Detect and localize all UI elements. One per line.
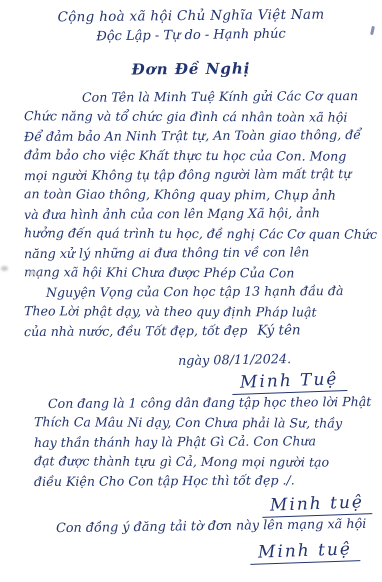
- paper-smudge: [1, 266, 8, 271]
- sign-here-label: Ký tên: [257, 321, 300, 341]
- signature-third: Minh tuệ: [250, 539, 361, 565]
- body-line: an toàn Giao thông, Không quay phim, Chụ…: [24, 184, 372, 205]
- letter-title: Đơn Đề Nghị: [0, 58, 382, 79]
- signature-first: Minh Tuệ: [232, 369, 347, 395]
- body-line-text: của nhà nước, đều Tốt đẹp, tốt đẹp: [24, 323, 247, 339]
- letter-postscript: Con đang là 1 công dân đang tập học theo…: [34, 393, 374, 491]
- body-line: năng xử lý những ai đưa thông tin về con…: [24, 242, 372, 264]
- body-line: đảm bảo cho việc Khất thực tu học của Co…: [24, 145, 372, 166]
- postscript-line: Thích Ca Mâu Ni dạy, Con Chưa phải là Sư…: [34, 412, 374, 433]
- body-line: của nhà nước, đều Tốt đẹp, tốt đẹpKý tên: [24, 320, 372, 343]
- consent-line: Con đồng ý đăng tải tờ đơn này lên mạng …: [56, 517, 367, 536]
- body-line: Theo Lời phật dạy, và theo quy định Pháp…: [24, 301, 372, 322]
- letter-body: Con Tên là Minh Tuệ Kính gửi Các Cơ quan…: [24, 87, 372, 342]
- body-line: Con Tên là Minh Tuệ Kính gửi Các Cơ quan: [24, 86, 372, 108]
- motto-line-2: Độc Lập - Tự do - Hạnh phúc: [0, 25, 382, 45]
- postscript-line: đạt được thành tựu gì Cả, Mong mọi người…: [34, 451, 374, 472]
- body-line: mọi người Không tụ tập đông người làm mấ…: [24, 164, 372, 186]
- body-line: mạng xã hội Khi Chưa được Phép Của Con: [24, 262, 372, 283]
- handwritten-letter-page: Cộng hoà xã hội Chủ Nghĩa Việt Nam Độc L…: [0, 0, 382, 582]
- national-motto: Cộng hoà xã hội Chủ Nghĩa Việt Nam Độc L…: [0, 8, 382, 43]
- date-line: ngày 08/11/2024.: [178, 352, 291, 369]
- postscript-line: hay thần thánh hay là Phật Gì Cả. Con Ch…: [34, 431, 374, 453]
- body-line: hưởng đến quá trình tu học, đề nghị Các …: [24, 223, 372, 244]
- signature-second: Minh tuệ: [262, 492, 373, 518]
- body-line: Để đảm bảo An Ninh Trật tự, An Toàn giao…: [24, 125, 372, 147]
- body-line: Chức năng và tổ chức gia đình cá nhân to…: [24, 106, 372, 127]
- motto-line-1: Cộng hoà xã hội Chủ Nghĩa Việt Nam: [0, 6, 382, 26]
- paper-smudge: [28, 271, 37, 275]
- postscript-line: Con đang là 1 công dân đang tập học theo…: [34, 392, 374, 414]
- body-line: và đưa hình ảnh của con lên Mạng Xã hội,…: [24, 203, 372, 225]
- postscript-line: điều Kiện Cho Con tập Học thì tốt đẹp ./…: [34, 470, 374, 492]
- body-line: Nguyện Vọng của Con học tập 13 hạnh đầu …: [24, 281, 372, 303]
